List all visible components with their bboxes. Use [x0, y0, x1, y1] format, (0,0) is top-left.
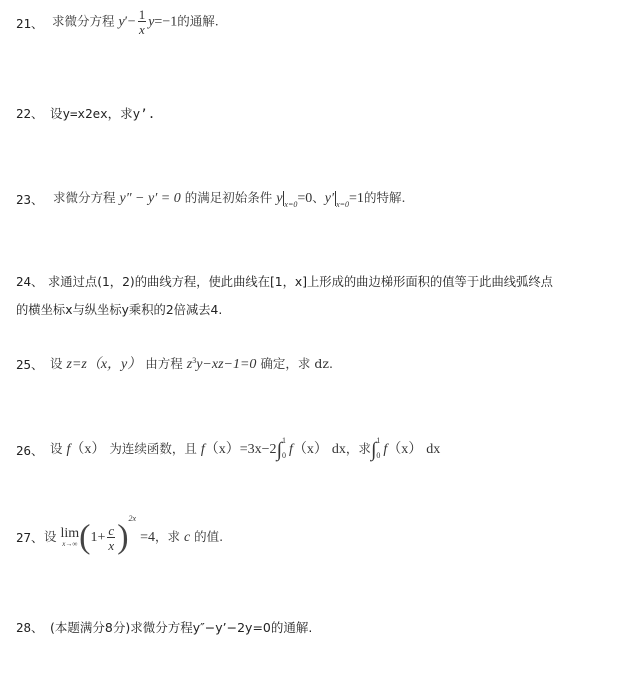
question-number: 27、 [16, 528, 44, 546]
question-number: 24、 [16, 272, 44, 290]
limit-operator: limx→∞ [61, 527, 80, 548]
question-number: 22、 [16, 104, 44, 122]
fraction-c-over-x: cx [107, 524, 115, 552]
integral-limits: 10 [282, 438, 289, 458]
question-number: 25、 [16, 355, 44, 373]
question-text: 求微分方程 y′−1xy=−1的通解. [52, 8, 219, 36]
question-text: 设 z=z（x，y） 由方程 z3y−xz−1=0 确定，求 dz. [50, 353, 333, 373]
question-text: 求微分方程 y″ − y′ = 0 的满足初始条件 yx=0=0、y′x=0=1… [53, 188, 405, 209]
question-number: 21、 [16, 14, 44, 32]
question-text: 设y=x2ex，求y’. [50, 104, 155, 122]
fraction-1-over-x: 1x [138, 8, 147, 36]
question-text-line2: 的横坐标x与纵坐标y乘积的2倍减去4. [16, 300, 222, 318]
question-24: 24、 求通过点(1，2)的曲线方程，使此曲线在[1，x]上形成的曲边梯形面积的… [0, 270, 629, 320]
question-text-line1: 求通过点(1，2)的曲线方程，使此曲线在[1，x]上形成的曲边梯形面积的值等于此… [48, 272, 553, 290]
question-text: (本题满分8分)求微分方程y″−y’−2y=0的通解. [50, 618, 312, 636]
question-number: 26、 [16, 441, 44, 459]
question-number: 23、 [16, 190, 44, 208]
question-text: 设 f（x） 为连续函数，且 f（x）=3x−2∫10f（x） dx，求∫10f… [50, 438, 440, 462]
integral-limits: 10 [376, 438, 383, 458]
question-number: 28、 [16, 618, 44, 636]
question-text: 设 limx→∞(1+cx)2x =4，求 c 的值. [44, 514, 223, 557]
